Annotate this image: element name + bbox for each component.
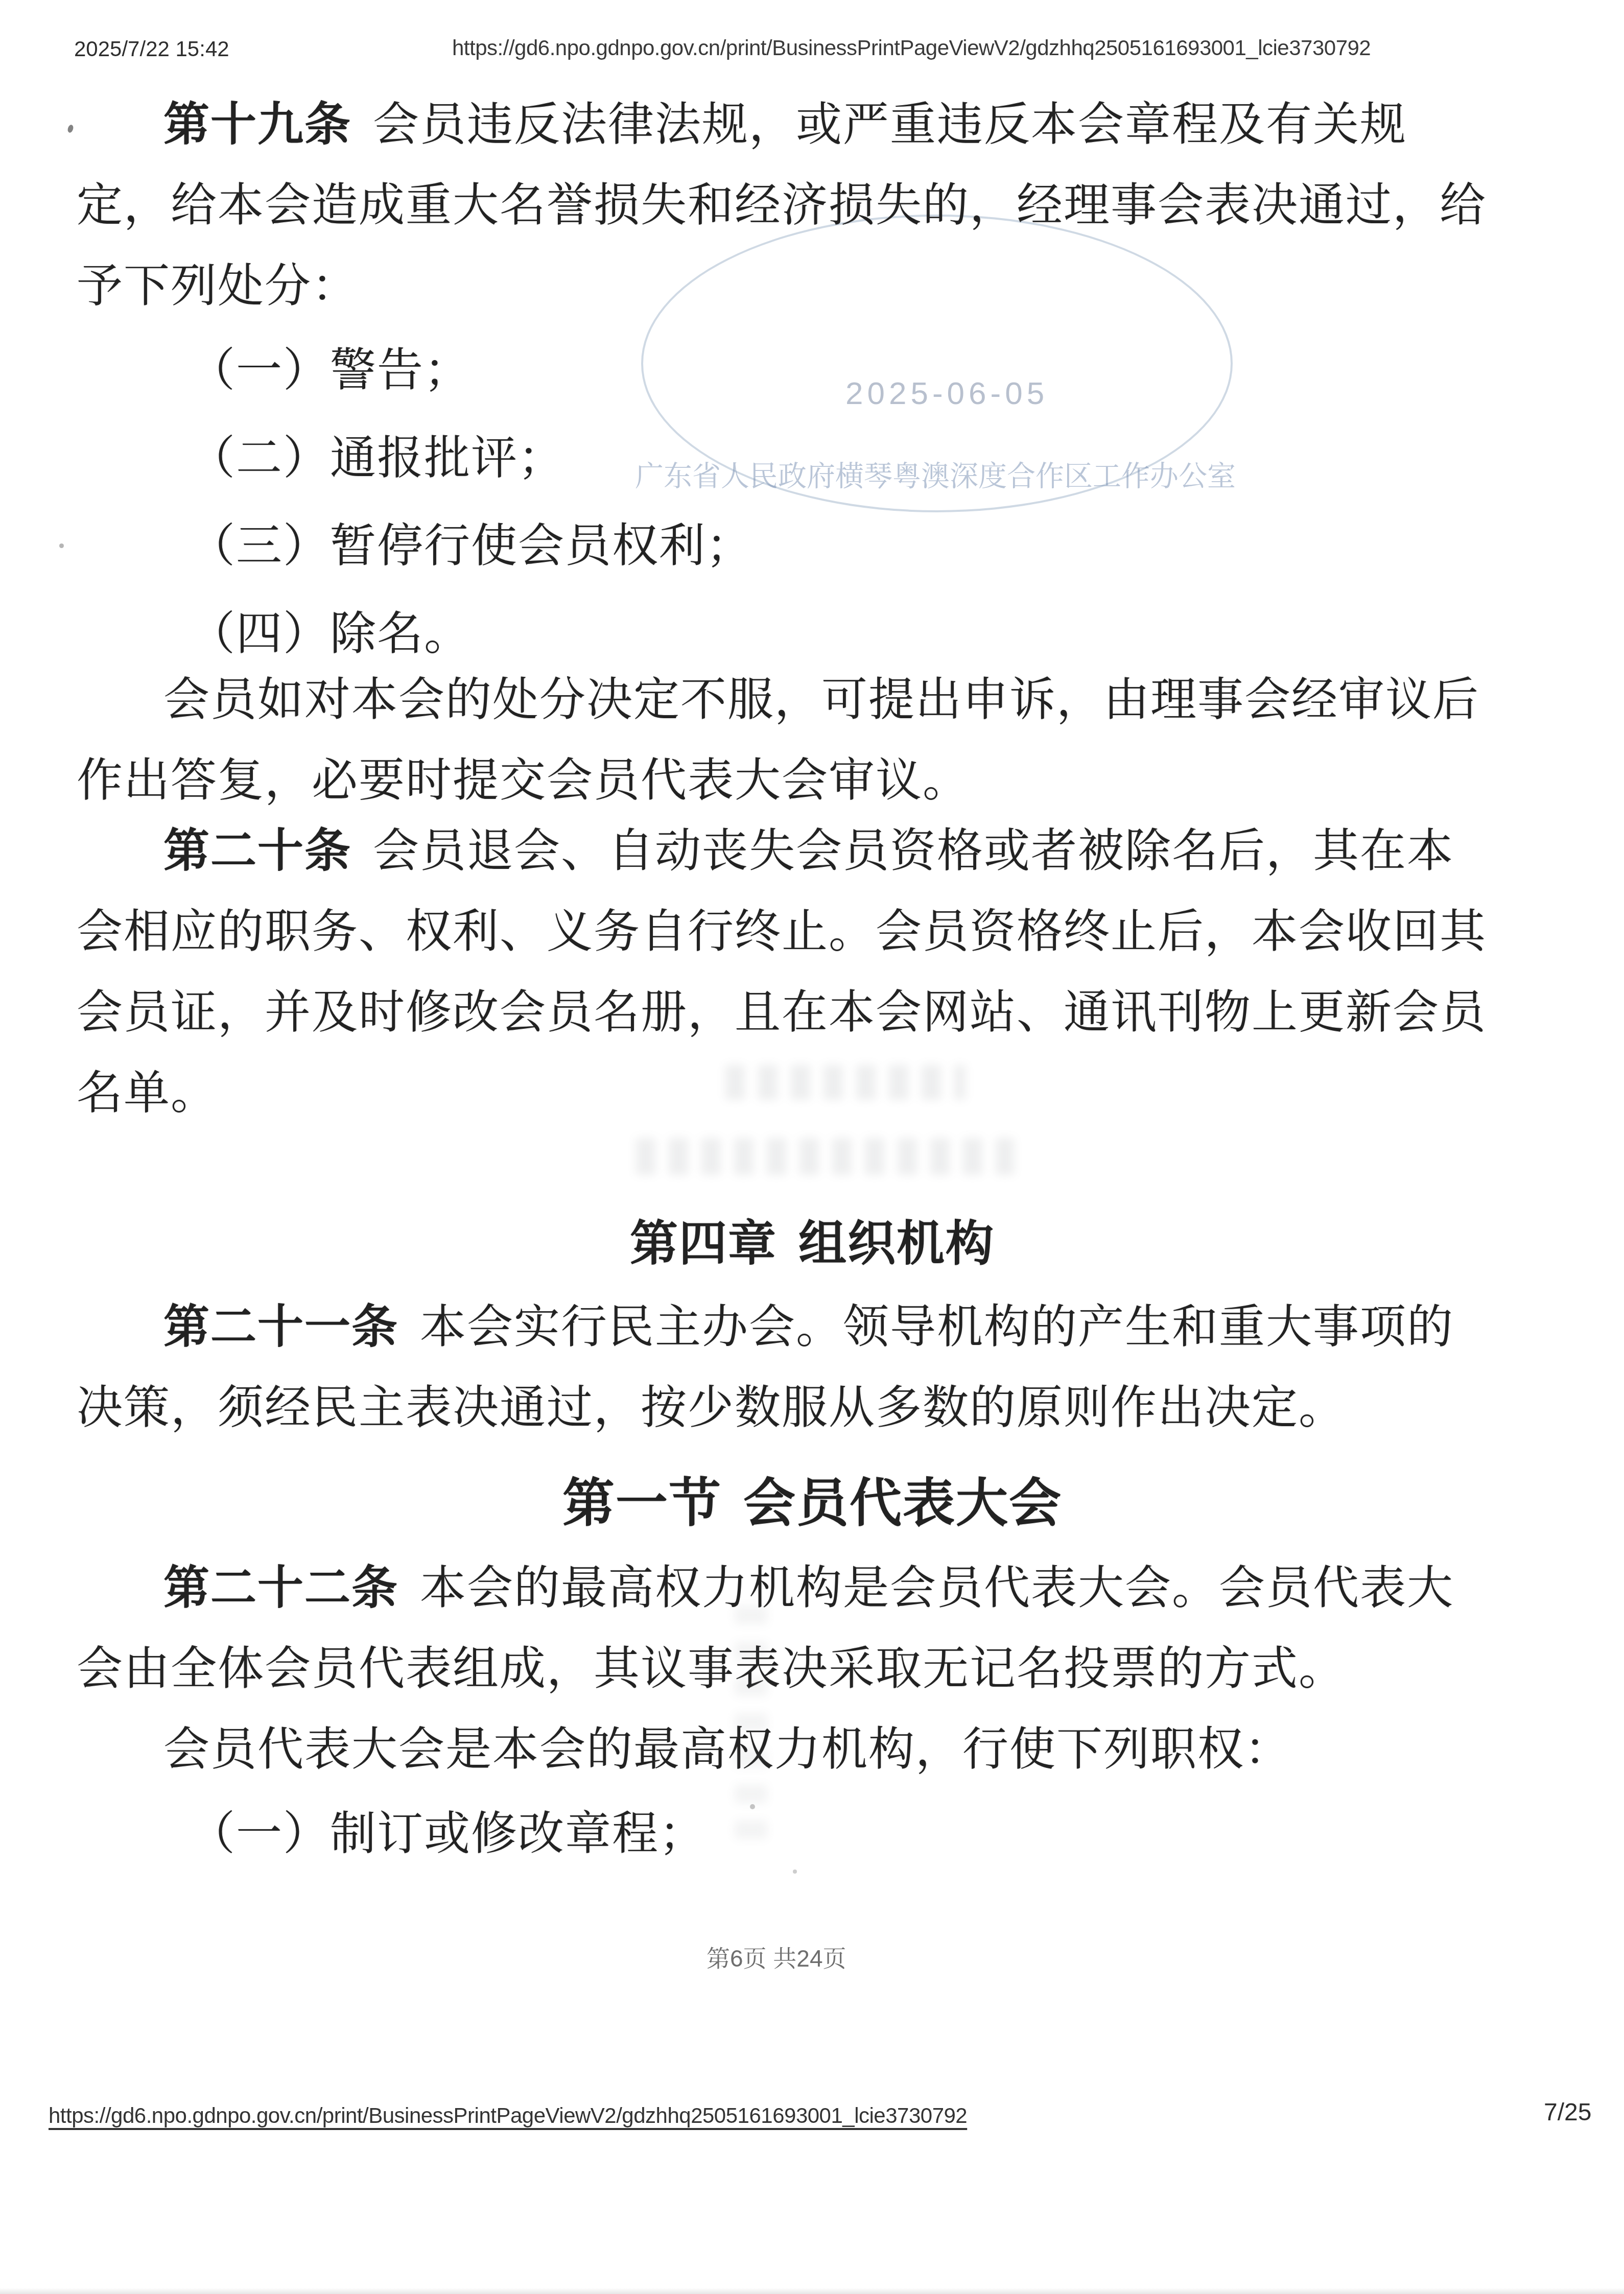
text-line: 会相应的职务、权利、义务自行终止。会员资格终止后，本会收回其 xyxy=(77,892,1548,973)
line-text: 会员代表大会 xyxy=(743,1474,1062,1532)
list-item-line: （一）制订或修改章程； xyxy=(77,1790,1548,1878)
article-number: 第二十一条 xyxy=(163,1302,398,1353)
text-line: 定，给本会造成重大名誉损失和经济损失的，经理事会表决通过，给 xyxy=(77,165,1548,246)
chapter-heading: 第四章组织机构 xyxy=(77,1200,1548,1287)
list-item-line: （三）暂停行使会员权利； xyxy=(77,503,1548,590)
scan-speck xyxy=(67,124,74,133)
text-line: 作出答复，必要时提交会员代表大会审议。 xyxy=(77,741,1548,821)
section-heading: 第一节会员代表大会 xyxy=(77,1459,1548,1548)
text-line: 会员如对本会的处分决定不服，可提出申诉，由理事会经审议后 xyxy=(77,660,1548,741)
line-text: 本会的最高权力机构是会员代表大会。会员代表大 xyxy=(420,1563,1454,1614)
document-body: 第十九条会员违反法律法规，或严重违反本会章程及有关规定，给本会造成重大名誉损失和… xyxy=(77,0,1548,1878)
line-text: 组织机构 xyxy=(798,1217,995,1270)
article-number: 第二十条 xyxy=(163,826,351,877)
line-text: 本会实行民主办会。领导机构的产生和重大事项的 xyxy=(420,1302,1454,1353)
print-footer-sheet-indicator: 7/25 xyxy=(1544,2098,1591,2126)
text-line: 会由全体会员代表组成，其议事表决采取无记名投票的方式。 xyxy=(77,1629,1548,1710)
article-number: 第四章 xyxy=(630,1217,777,1270)
text-line: 第二十条会员退会、自动丧失会员资格或者被除名后，其在本 xyxy=(77,811,1548,892)
page-number-label: 第6页 共24页 xyxy=(707,1940,846,1974)
article-number: 第一节 xyxy=(562,1474,722,1532)
print-footer-url: https://gd6.npo.gdnpo.gov.cn/print/Busin… xyxy=(49,2103,967,2128)
list-item-line: （二）通报批评； xyxy=(77,415,1548,503)
article-number: 第十九条 xyxy=(163,100,351,150)
text-line: 第二十二条本会的最高权力机构是会员代表大会。会员代表大 xyxy=(77,1548,1548,1629)
bleed-through-artifact xyxy=(735,1594,767,1839)
line-text: 会员违反法律法规，或严重违反本会章程及有关规 xyxy=(373,100,1407,150)
text-line: 第十九条会员违反法律法规，或严重违反本会章程及有关规 xyxy=(77,85,1548,165)
scanned-document-page: 2025/7/22 15:42 https://gd6.npo.gdnpo.go… xyxy=(0,0,1624,2294)
bleed-through-artifact xyxy=(725,1065,966,1100)
text-line: 第二十一条本会实行民主办会。领导机构的产生和重大事项的 xyxy=(77,1287,1548,1368)
text-line: 决策，须经民主表决通过，按少数服从多数的原则作出决定。 xyxy=(77,1368,1548,1449)
text-line: 会员代表大会是本会的最高权力机构，行使下列职权： xyxy=(77,1710,1548,1790)
article-number: 第二十二条 xyxy=(163,1563,398,1614)
text-line: 会员证，并及时修改会员名册，且在本会网站、通讯刊物上更新会员 xyxy=(77,973,1548,1053)
scan-speck xyxy=(793,1870,797,1874)
text-line: 予下列处分： xyxy=(77,246,1548,327)
list-item-line: （一）警告； xyxy=(77,327,1548,415)
line-text: 会员退会、自动丧失会员资格或者被除名后，其在本 xyxy=(373,826,1454,877)
scan-edge-shadow xyxy=(0,2288,1624,2294)
scan-speck xyxy=(59,543,64,548)
bleed-through-artifact xyxy=(636,1138,1014,1175)
